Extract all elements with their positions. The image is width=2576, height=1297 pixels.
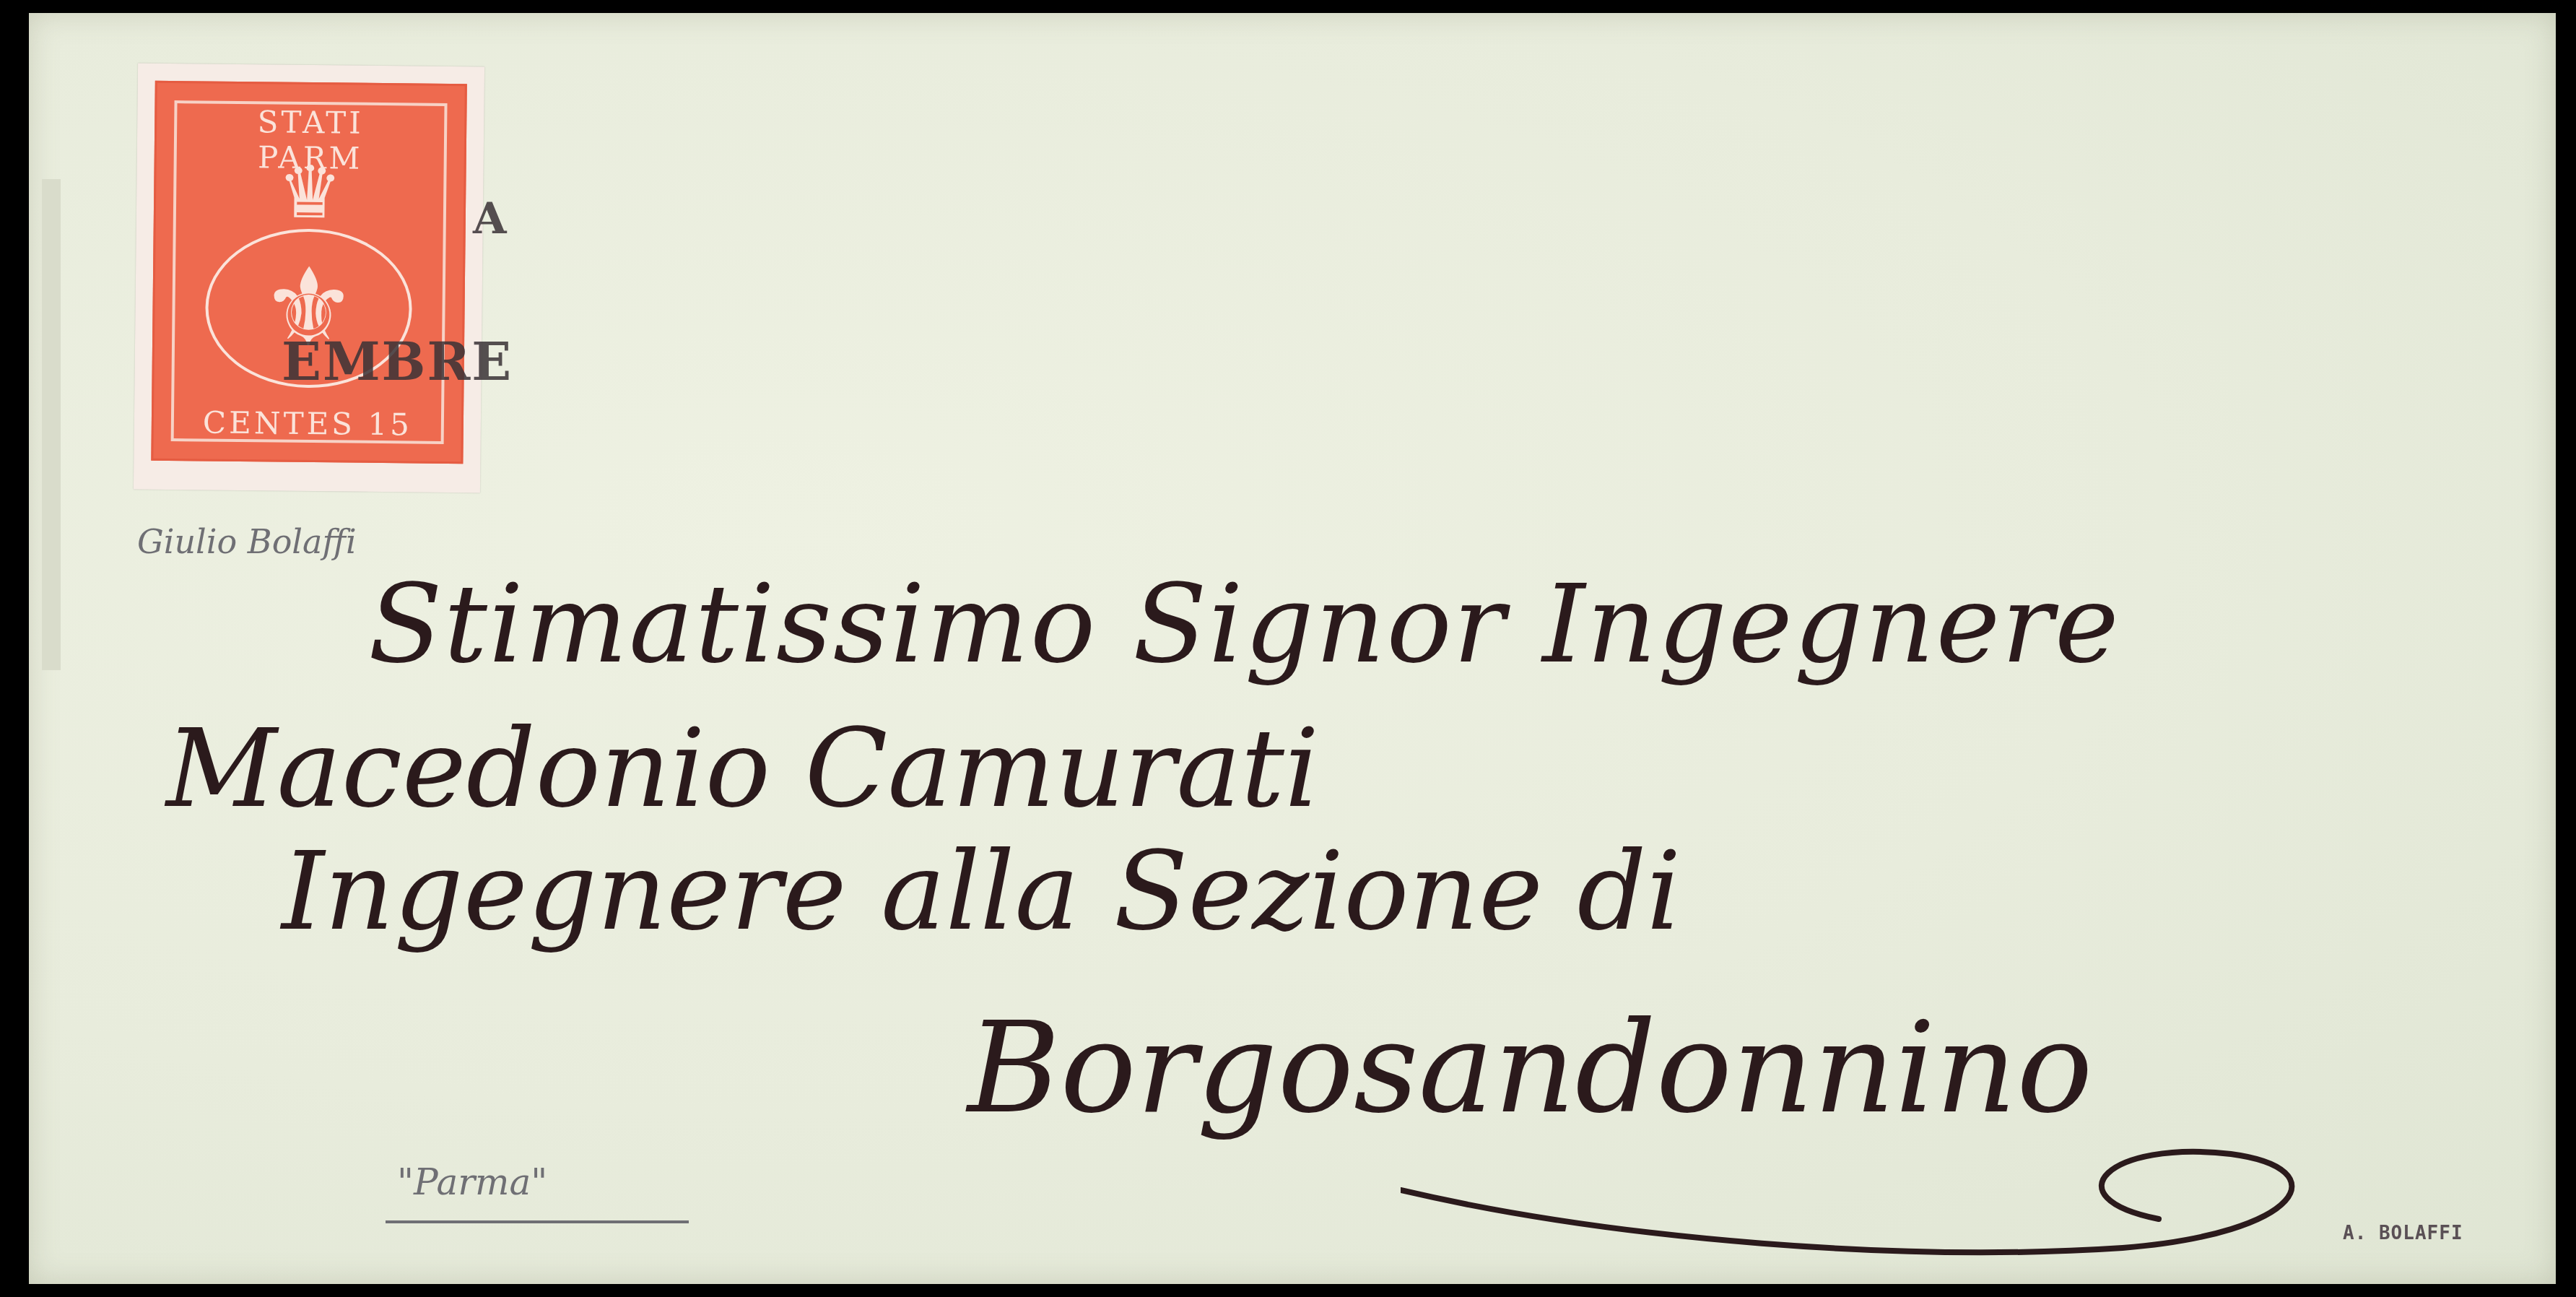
ink-flourish (1401, 1140, 2339, 1270)
postage-stamp: STATI PARM ♛ ⚜ CENTES 15 (134, 64, 484, 493)
address-line-4: Borgosandonnino (967, 995, 2093, 1142)
postal-cover: STATI PARM ♛ ⚜ CENTES 15 A EMBRE Giulio … (29, 13, 2556, 1284)
address-line-2: Macedonio Camurati (166, 706, 1319, 832)
postmark-line1: A (473, 194, 507, 244)
postmark-line2: EMBRE (282, 331, 513, 392)
address-line-3: Ingegnere alla Sezione di (282, 829, 1681, 955)
expert-signature: Giulio Bolaffi (137, 522, 357, 561)
origin-note: "Parma" (397, 1161, 547, 1203)
crown-icon: ♛ (277, 157, 343, 230)
expert-handstamp: A. BOLAFFI (2343, 1223, 2463, 1244)
paper-fold-edge (42, 179, 61, 670)
address-line-1: Stimatissimo Signor Ingegnere (368, 562, 2120, 687)
stamp-design: STATI PARM ♛ ⚜ CENTES 15 (151, 81, 466, 464)
origin-underline (386, 1220, 689, 1223)
stamp-value-inscription: CENTES 15 (197, 404, 418, 442)
